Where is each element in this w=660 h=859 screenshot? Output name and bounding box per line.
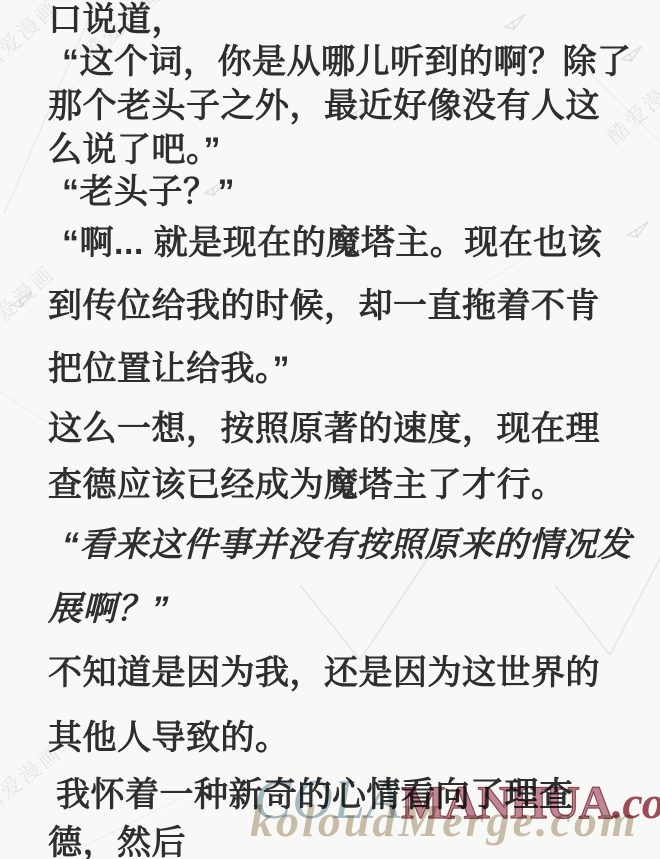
novel-page: 酷爱漫画 酷爱漫画 酷爱漫画 酷爱漫画 酷爱漫画 口说道， “这个词，你是从哪儿… bbox=[0, 0, 660, 859]
paragraph-dialogue: “这个词，你是从哪儿听到的啊？除了那个老头子之外，最近好像没有人这么说了吧。” bbox=[48, 40, 632, 172]
secondary-watermark: koloudMerge.com bbox=[250, 794, 639, 847]
novel-text-body: 口说道， “这个词，你是从哪儿听到的啊？除了那个老头子之外，最近好像没有人这么说… bbox=[48, 0, 632, 859]
paragraph-inner-thought: “看来这件事并没有按照原来的情况发展啊？” bbox=[48, 513, 632, 641]
paragraph-narration: 这么一想，按照原著的速度，现在理查德应该已经成为魔塔主了才行。 bbox=[48, 401, 632, 513]
paragraph-narration: 不知道是因为我，还是因为这世界的其他人导致的。 bbox=[48, 641, 632, 771]
paragraph-dialogue: “啊... 就是现在的魔塔主。现在也该到传位给我的时候，却一直拖着不肯把位置让给… bbox=[48, 212, 632, 401]
paragraph-narration: 口说道， bbox=[48, 0, 632, 40]
paragraph-dialogue: “老头子？” bbox=[48, 172, 632, 212]
